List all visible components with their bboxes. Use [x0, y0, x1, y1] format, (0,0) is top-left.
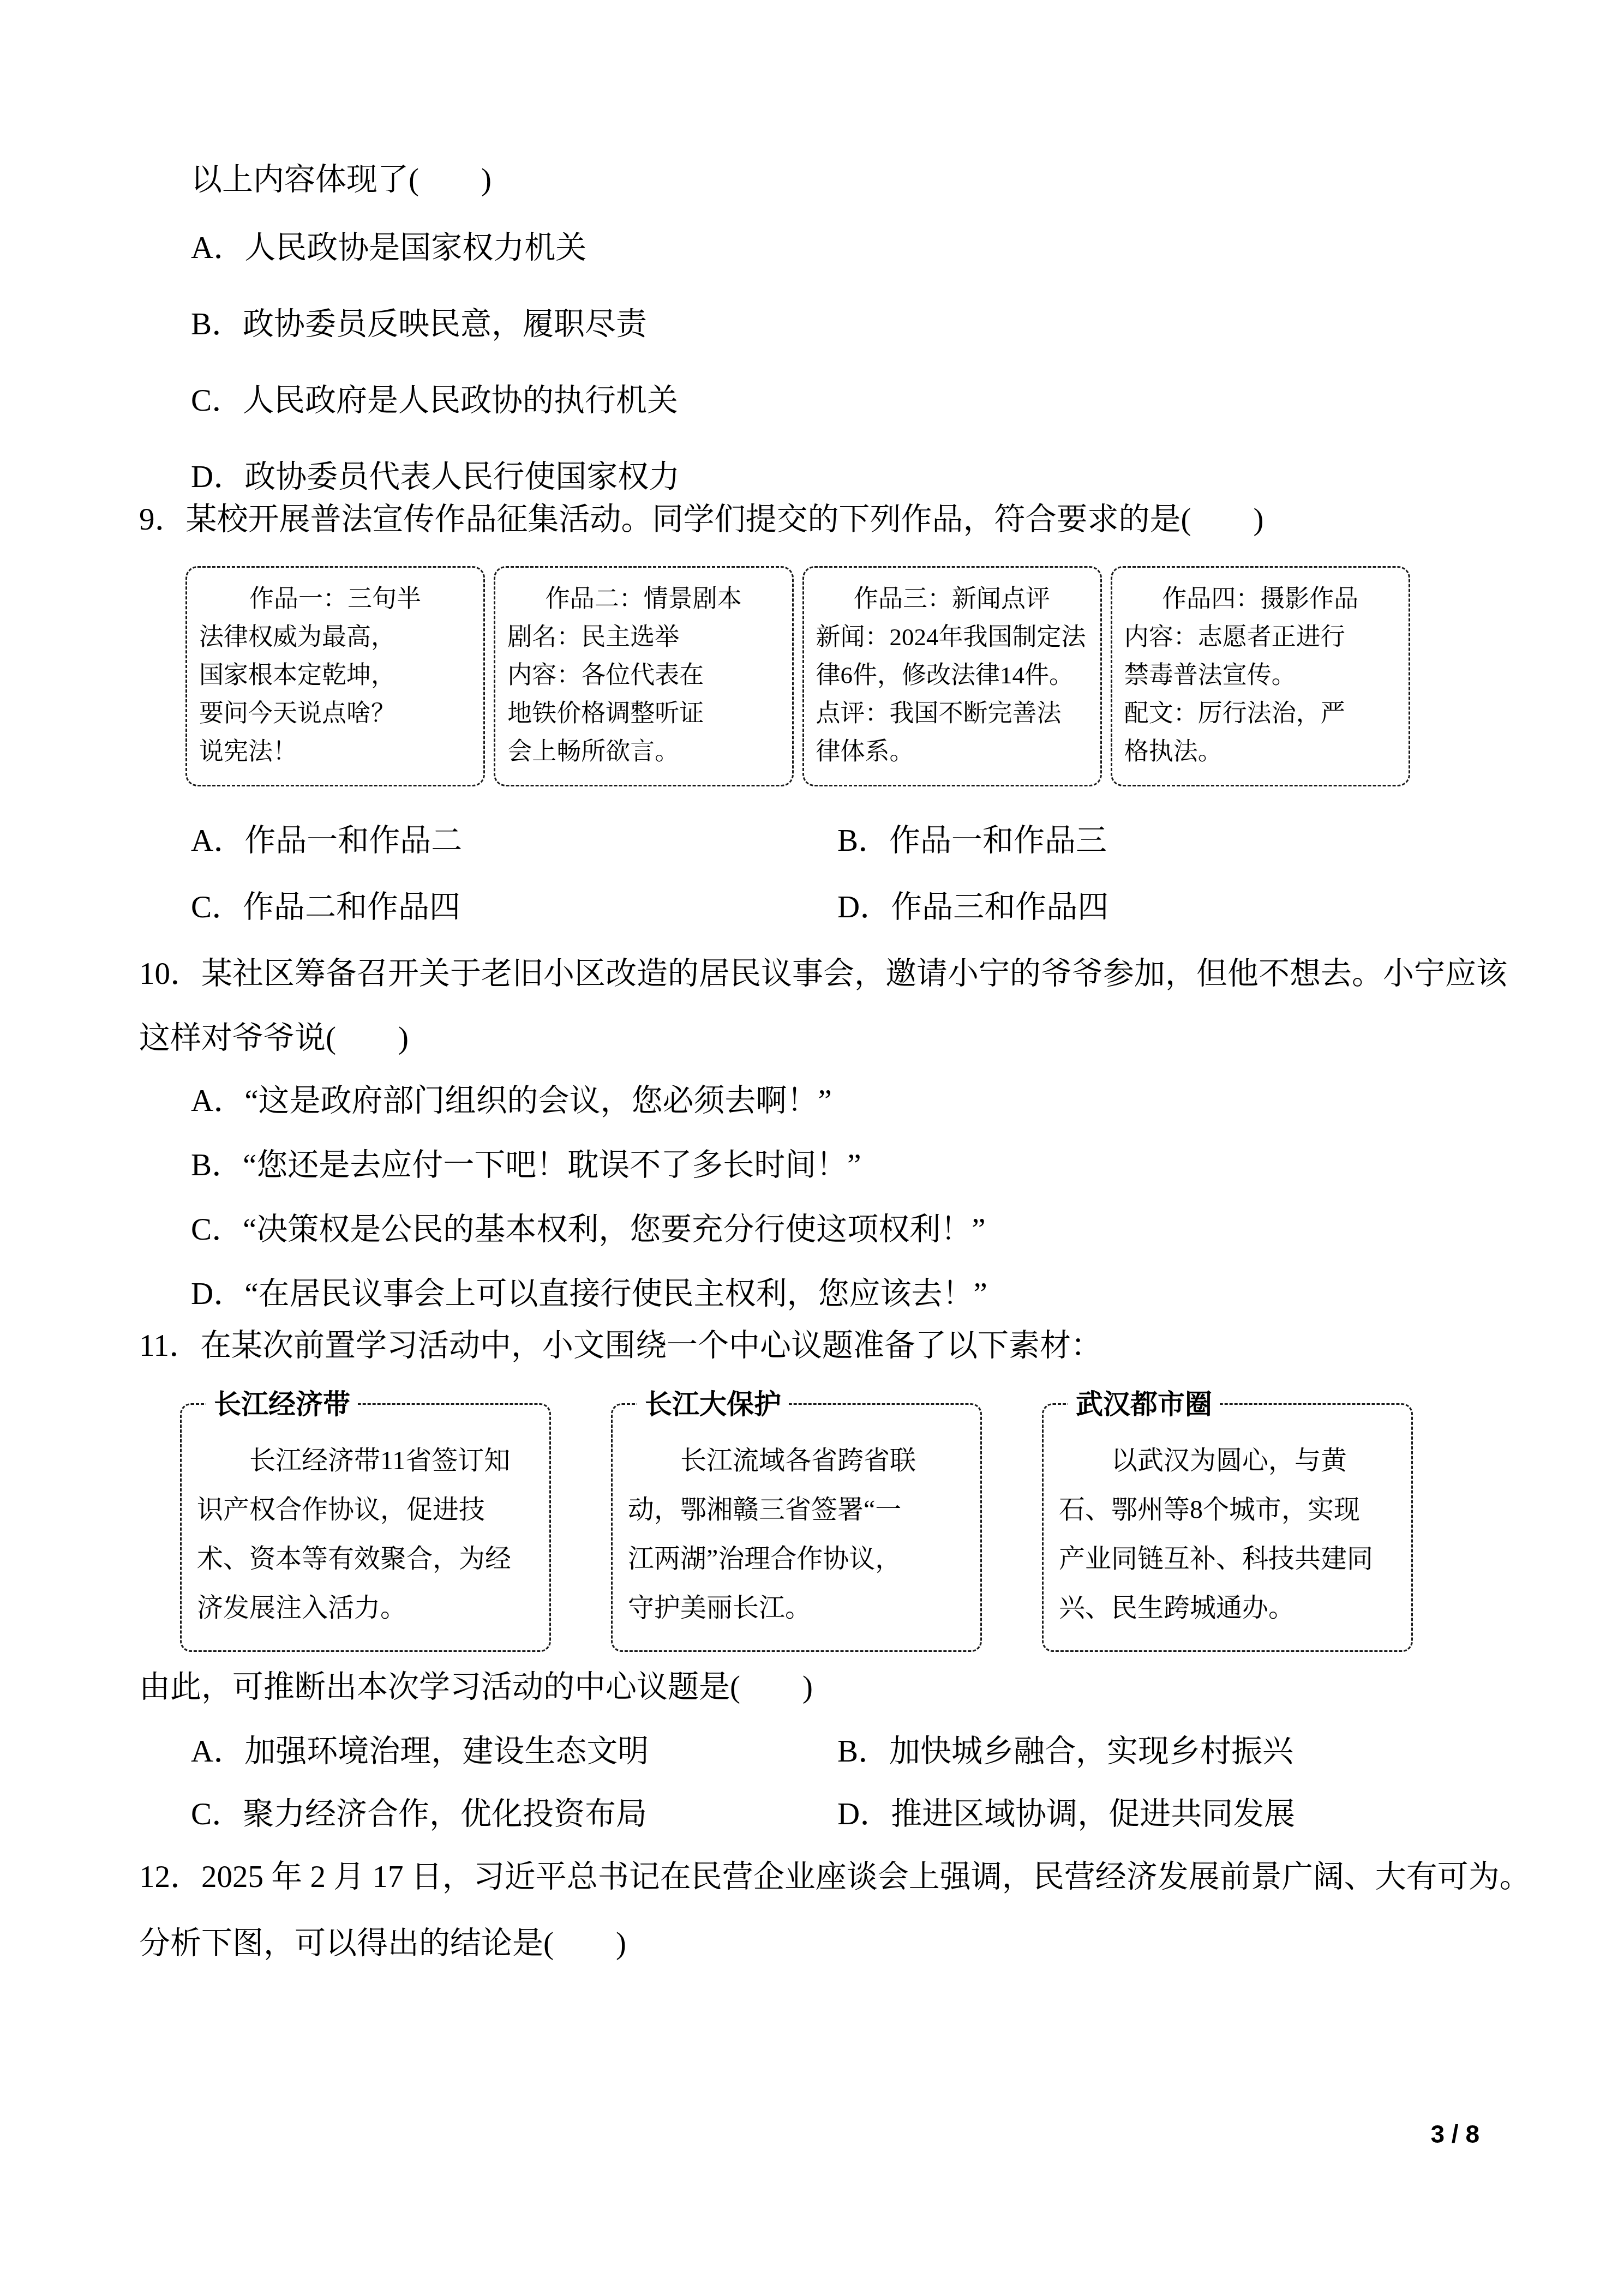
q9-work-card-3: 作品三：新闻点评 新闻：2024年我国制定法 律6件，修改法律14件。 点评：我… [802, 566, 1102, 786]
q11-material3-line: 石、鄂州等8个城市，实现 [1059, 1486, 1396, 1535]
q8-option-c: C．人民政府是人民政协的执行机关 [139, 384, 1490, 417]
q11-conclusion-line: 由此，可推断出本次学习活动的中心议题是( ) [139, 1671, 1490, 1704]
q9-work2-line: 内容：各位代表在 [507, 656, 780, 694]
q9-options-row-2: C．作品二和作品四 D．作品三和作品四 [139, 891, 1490, 924]
page-content: 以上内容体现了( ) A．人民政协是国家权力机关 B．政协委员反映民意，履职尽责… [0, 0, 1624, 1960]
q9-work2-line: 会上畅所欲言。 [507, 732, 780, 771]
q11-material2-line: 动，鄂湘赣三省签署“一 [628, 1486, 965, 1535]
q9-work1-line: 说宪法！ [199, 732, 471, 771]
q11-material3-title: 武汉都市圈 [1068, 1387, 1220, 1421]
q11-option-a: A．加强环境治理，建设生态文明 [139, 1735, 837, 1768]
q9-work2-title: 作品二：情景剧本 [507, 580, 780, 618]
q11-options-row-1: A．加强环境治理，建设生态文明 B．加快城乡融合，实现乡村振兴 [139, 1735, 1490, 1768]
q10-option-a: A．“这是政府部门组织的会议，您必须去啊！” [139, 1085, 1490, 1117]
q9-work3-line: 新闻：2024年我国制定法 [816, 618, 1088, 656]
q12-stem-line-2: 分析下图，可以得出的结论是( ) [139, 1927, 1490, 1960]
q9-work4-line: 格执法。 [1124, 732, 1397, 771]
q11-materials-row: 长江经济带 长江经济带11省签订知 识产权合作协议，促进技 术、资本等有效聚合，… [180, 1403, 1413, 1652]
q10-stem-line-1: 10．某社区筹备召开关于老旧小区改造的居民议事会，邀请小宁的爷爷参加，但他不想去… [139, 958, 1490, 990]
q9-work1-line: 法律权威为最高， [199, 618, 471, 656]
q11-material3-line: 产业同链互补、科技共建同 [1059, 1535, 1396, 1584]
q11-option-b: B．加快城乡融合，实现乡村振兴 [837, 1735, 1490, 1768]
q9-work-card-4: 作品四：摄影作品 内容：志愿者正进行 禁毒普法宣传。 配文：厉行法治，严 格执法… [1111, 566, 1410, 786]
q9-work2-line: 地铁价格调整听证 [507, 694, 780, 732]
q9-work3-title: 作品三：新闻点评 [816, 580, 1088, 618]
exam-page: 以上内容体现了( ) A．人民政协是国家权力机关 B．政协委员反映民意，履职尽责… [0, 0, 1624, 2296]
q10-option-c: C．“决策权是公民的基本权利，您要充分行使这项权利！” [139, 1213, 1490, 1246]
q9-work1-line: 国家根本定乾坤， [199, 656, 471, 694]
q9-work2-line: 剧名：民主选举 [507, 618, 780, 656]
q11-material-card-2: 长江大保护 长江流域各省跨省联 动，鄂湘赣三省签署“一 江两湖”治理合作协议， … [611, 1403, 982, 1652]
q10-stem-line-2: 这样对爷爷说( ) [139, 1022, 1490, 1055]
q9-option-b: B．作品一和作品三 [837, 825, 1490, 857]
q9-option-d: D．作品三和作品四 [837, 891, 1490, 924]
q11-material3-line: 兴、民生跨城通办。 [1059, 1584, 1396, 1633]
q12-stem-line-1: 12．2025 年 2 月 17 日，习近平总书记在民营企业座谈会上强调，民营经… [139, 1861, 1490, 1894]
q9-work3-line: 点评：我国不断完善法 [816, 694, 1088, 732]
q11-stem: 11．在某次前置学习活动中，小文围绕一个中心议题准备了以下素材： [139, 1330, 1490, 1362]
q11-options-row-2: C．聚力经济合作，优化投资布局 D．推进区域协调，促进共同发展 [139, 1798, 1490, 1831]
q11-material2-line: 长江流域各省跨省联 [628, 1436, 965, 1486]
q9-work4-line: 内容：志愿者正进行 [1124, 618, 1397, 656]
q9-work1-title: 作品一：三句半 [199, 580, 471, 618]
q9-options-row-1: A．作品一和作品二 B．作品一和作品三 [139, 825, 1490, 857]
q8-closing-line: 以上内容体现了( ) [139, 164, 1490, 196]
q9-work4-line: 配文：厉行法治，严 [1124, 694, 1397, 732]
q11-material1-title: 长江经济带 [206, 1387, 358, 1421]
q11-material1-line: 济发展注入活力。 [197, 1584, 534, 1633]
q11-material-card-1: 长江经济带 长江经济带11省签订知 识产权合作协议，促进技 术、资本等有效聚合，… [180, 1403, 551, 1652]
q9-works-row: 作品一：三句半 法律权威为最高， 国家根本定乾坤， 要问今天说点啥？ 说宪法！ … [185, 566, 1410, 786]
q11-material-card-3: 武汉都市圈 以武汉为圆心，与黄 石、鄂州等8个城市，实现 产业同链互补、科技共建… [1042, 1403, 1413, 1652]
q9-option-a: A．作品一和作品二 [139, 825, 837, 857]
q11-material2-line: 江两湖”治理合作协议， [628, 1535, 965, 1584]
q9-work4-title: 作品四：摄影作品 [1124, 580, 1397, 618]
q9-work3-line: 律体系。 [816, 732, 1088, 771]
q11-material3-line: 以武汉为圆心，与黄 [1059, 1436, 1396, 1486]
q9-work3-line: 律6件，修改法律14件。 [816, 656, 1088, 694]
q9-work1-line: 要问今天说点啥？ [199, 694, 471, 732]
q11-material1-line: 识产权合作协议，促进技 [197, 1486, 534, 1535]
q11-option-d: D．推进区域协调，促进共同发展 [837, 1798, 1490, 1831]
q11-material2-line: 守护美丽长江。 [628, 1584, 965, 1633]
q9-work-card-2: 作品二：情景剧本 剧名：民主选举 内容：各位代表在 地铁价格调整听证 会上畅所欲… [494, 566, 793, 786]
q11-option-c: C．聚力经济合作，优化投资布局 [139, 1798, 837, 1831]
q11-material1-line: 长江经济带11省签订知 [197, 1436, 534, 1486]
q8-option-a: A．人民政协是国家权力机关 [139, 232, 1490, 265]
q9-work-card-1: 作品一：三句半 法律权威为最高， 国家根本定乾坤， 要问今天说点啥？ 说宪法！ [185, 566, 485, 786]
q11-material1-line: 术、资本等有效聚合，为经 [197, 1535, 534, 1584]
q10-option-d: D．“在居民议事会上可以直接行使民主权利，您应该去！” [139, 1278, 1490, 1311]
q11-material2-title: 长江大保护 [637, 1387, 789, 1421]
page-number: 3 / 8 [1430, 2120, 1479, 2148]
q8-option-b: B．政协委员反映民意，履职尽责 [139, 308, 1490, 341]
q9-option-c: C．作品二和作品四 [139, 891, 837, 924]
q8-option-d: D．政协委员代表人民行使国家权力 [139, 461, 1490, 494]
q9-stem: 9．某校开展普法宣传作品征集活动。同学们提交的下列作品，符合要求的是( ) [139, 503, 1490, 536]
q9-work4-line: 禁毒普法宣传。 [1124, 656, 1397, 694]
q10-option-b: B．“您还是去应付一下吧！耽误不了多长时间！” [139, 1149, 1490, 1182]
